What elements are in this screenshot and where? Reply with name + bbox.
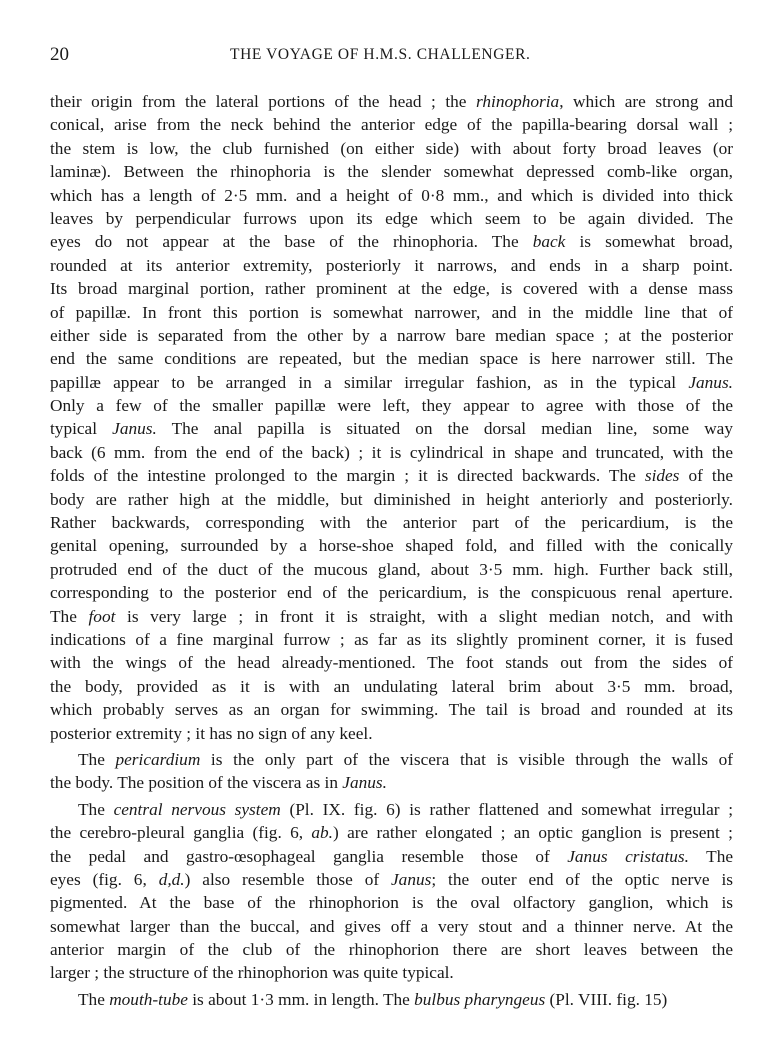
text-segment: is the only part of the viscera that is … bbox=[200, 750, 733, 769]
text-segment: laminæ). Between the rhinophoria is the … bbox=[50, 162, 733, 181]
text-segment: of the bbox=[679, 466, 733, 485]
text-segment: The anal papilla is situated on the dors… bbox=[157, 419, 733, 438]
text-segment: eyes (fig. 6, bbox=[50, 870, 159, 889]
text-line: laminæ). Between the rhinophoria is the … bbox=[50, 160, 733, 183]
italic-term: central nervous system bbox=[114, 800, 281, 819]
text-segment: the stem is low, the club furnished (on … bbox=[50, 139, 733, 158]
text-line: which has a length of 2·5 mm. and a heig… bbox=[50, 184, 733, 207]
italic-term: pericardium bbox=[116, 750, 201, 769]
text-line: folds of the intestine prolonged to the … bbox=[50, 464, 733, 487]
text-line: Its broad marginal portion, rather promi… bbox=[50, 277, 733, 300]
italic-term: Janus cristatus. bbox=[567, 847, 689, 866]
italic-term: ab. bbox=[311, 823, 333, 842]
text-line: The pericardium is the only part of the … bbox=[50, 748, 733, 771]
text-line: their origin from the lateral portions o… bbox=[50, 90, 733, 113]
text-line: larger ; the structure of the rhinophori… bbox=[50, 961, 733, 984]
text-line: leaves by perpendicular furrows upon its… bbox=[50, 207, 733, 230]
text-segment: conical, arise from the neck behind the … bbox=[50, 115, 733, 134]
page-header: 20 THE VOYAGE OF H.M.S. CHALLENGER. bbox=[0, 44, 776, 68]
text-line: posterior extremity ; it has no sign of … bbox=[50, 722, 733, 745]
text-line: with the wings of the head already-menti… bbox=[50, 651, 733, 674]
text-segment: rounded at its anterior extremity, poste… bbox=[50, 256, 733, 275]
text-line: Rather backwards, corresponding with the… bbox=[50, 511, 733, 534]
paragraph: The pericardium is the only part of the … bbox=[50, 748, 733, 795]
text-line: eyes (fig. 6, d,d.) also resemble those … bbox=[50, 868, 733, 891]
text-line: anterior margin of the club of the rhino… bbox=[50, 938, 733, 961]
text-line: the body, provided as it is with an undu… bbox=[50, 675, 733, 698]
text-segment: The bbox=[78, 990, 109, 1009]
text-segment: eyes do not appear at the base of the rh… bbox=[50, 232, 533, 251]
text-segment: larger ; the structure of the rhinophori… bbox=[50, 963, 454, 982]
text-segment: is about 1·3 mm. in length. The bbox=[188, 990, 414, 1009]
text-line: the stem is low, the club furnished (on … bbox=[50, 137, 733, 160]
text-segment: protruded end of the duct of the mucous … bbox=[50, 560, 733, 579]
text-segment: Its broad marginal portion, rather promi… bbox=[50, 279, 733, 298]
text-segment: the pedal and gastro-œsophageal ganglia … bbox=[50, 847, 567, 866]
text-line: protruded end of the duct of the mucous … bbox=[50, 558, 733, 581]
italic-term: Janus. bbox=[112, 419, 157, 438]
italic-term: mouth-tube bbox=[109, 990, 188, 1009]
text-line: indications of a fine marginal furrow ; … bbox=[50, 628, 733, 651]
italic-term: Janus bbox=[391, 870, 431, 889]
running-title: THE VOYAGE OF H.M.S. CHALLENGER. bbox=[230, 46, 531, 64]
text-segment: typical bbox=[50, 419, 112, 438]
italic-term: bulbus pharyngeus bbox=[414, 990, 545, 1009]
text-segment: somewhat larger than the buccal, and giv… bbox=[50, 917, 733, 936]
text-line: eyes do not appear at the base of the rh… bbox=[50, 230, 733, 253]
text-segment: ; the outer end of the optic nerve is bbox=[431, 870, 733, 889]
text-segment: is somewhat broad, bbox=[565, 232, 733, 251]
text-segment: Rather backwards, corresponding with the… bbox=[50, 513, 733, 532]
text-segment: anterior margin of the club of the rhino… bbox=[50, 940, 733, 959]
text-line: conical, arise from the neck behind the … bbox=[50, 113, 733, 136]
text-line: Only a few of the smaller papillæ were l… bbox=[50, 394, 733, 417]
text-segment: The bbox=[78, 800, 114, 819]
text-segment: corresponding to the posterior end of th… bbox=[50, 583, 733, 602]
text-segment: either side is separated from the other … bbox=[50, 326, 733, 345]
text-line: pigmented. At the base of the rhinophori… bbox=[50, 891, 733, 914]
text-line: somewhat larger than the buccal, and giv… bbox=[50, 915, 733, 938]
text-line: of papillæ. In front this portion is som… bbox=[50, 301, 733, 324]
text-segment: papillæ appear to be arranged in a simil… bbox=[50, 373, 688, 392]
body-text: their origin from the lateral portions o… bbox=[50, 90, 733, 1011]
paragraph: their origin from the lateral portions o… bbox=[50, 90, 733, 745]
text-line: corresponding to the posterior end of th… bbox=[50, 581, 733, 604]
text-segment: ) also resemble those of bbox=[185, 870, 391, 889]
text-segment: genital opening, surrounded by a horse-s… bbox=[50, 536, 733, 555]
text-segment: The bbox=[689, 847, 733, 866]
italic-term: back bbox=[533, 232, 566, 251]
text-line: end the same conditions are repeated, bu… bbox=[50, 347, 733, 370]
italic-term: d,d. bbox=[159, 870, 185, 889]
text-segment: which probably serves as an organ for sw… bbox=[50, 700, 733, 719]
text-segment: the body, provided as it is with an undu… bbox=[50, 677, 733, 696]
text-segment: The bbox=[50, 607, 89, 626]
text-segment: folds of the intestine prolonged to the … bbox=[50, 466, 645, 485]
text-segment: , which are strong and bbox=[559, 92, 733, 111]
text-line: body are rather high at the middle, but … bbox=[50, 488, 733, 511]
text-segment: of papillæ. In front this portion is som… bbox=[50, 303, 733, 322]
italic-term: sides bbox=[645, 466, 680, 485]
text-line: typical Janus. The anal papilla is situa… bbox=[50, 417, 733, 440]
text-segment: which has a length of 2·5 mm. and a heig… bbox=[50, 186, 733, 205]
paragraph: The mouth-tube is about 1·3 mm. in lengt… bbox=[50, 988, 733, 1011]
text-segment: their origin from the lateral portions o… bbox=[50, 92, 476, 111]
text-segment: (Pl. IX. fig. 6) is rather flattened and… bbox=[281, 800, 733, 819]
italic-term: Janus. bbox=[688, 373, 733, 392]
text-segment: end the same conditions are repeated, bu… bbox=[50, 349, 733, 368]
text-line: papillæ appear to be arranged in a simil… bbox=[50, 371, 733, 394]
italic-term: rhinophoria bbox=[476, 92, 559, 111]
text-segment: indications of a fine marginal furrow ; … bbox=[50, 630, 733, 649]
text-line: the body. The position of the viscera as… bbox=[50, 771, 733, 794]
text-segment: with the wings of the head already-menti… bbox=[50, 653, 733, 672]
text-segment: The bbox=[78, 750, 116, 769]
text-line: which probably serves as an organ for sw… bbox=[50, 698, 733, 721]
text-segment: is very large ; in front it is straight,… bbox=[115, 607, 733, 626]
italic-term: Janus. bbox=[342, 773, 387, 792]
text-segment: leaves by perpendicular furrows upon its… bbox=[50, 209, 733, 228]
text-segment: the body. The position of the viscera as… bbox=[50, 773, 342, 792]
text-line: the cerebro-pleural ganglia (fig. 6, ab.… bbox=[50, 821, 733, 844]
italic-term: foot bbox=[89, 607, 116, 626]
text-segment: back (6 mm. from the end of the back) ; … bbox=[50, 443, 733, 462]
text-segment: Only a few of the smaller papillæ were l… bbox=[50, 396, 733, 415]
page-number: 20 bbox=[50, 44, 69, 66]
text-segment: the cerebro-pleural ganglia (fig. 6, bbox=[50, 823, 311, 842]
text-line: either side is separated from the other … bbox=[50, 324, 733, 347]
text-line: rounded at its anterior extremity, poste… bbox=[50, 254, 733, 277]
text-line: the pedal and gastro-œsophageal ganglia … bbox=[50, 845, 733, 868]
text-line: The mouth-tube is about 1·3 mm. in lengt… bbox=[50, 988, 733, 1011]
text-segment: ) are rather elongated ; an optic gangli… bbox=[333, 823, 733, 842]
text-line: The central nervous system (Pl. IX. fig.… bbox=[50, 798, 733, 821]
paragraph: The central nervous system (Pl. IX. fig.… bbox=[50, 798, 733, 985]
text-line: The foot is very large ; in front it is … bbox=[50, 605, 733, 628]
text-line: genital opening, surrounded by a horse-s… bbox=[50, 534, 733, 557]
text-line: back (6 mm. from the end of the back) ; … bbox=[50, 441, 733, 464]
text-segment: posterior extremity ; it has no sign of … bbox=[50, 724, 373, 743]
text-segment: pigmented. At the base of the rhinophori… bbox=[50, 893, 733, 912]
text-segment: body are rather high at the middle, but … bbox=[50, 490, 733, 509]
text-segment: (Pl. VIII. fig. 15) bbox=[545, 990, 667, 1009]
